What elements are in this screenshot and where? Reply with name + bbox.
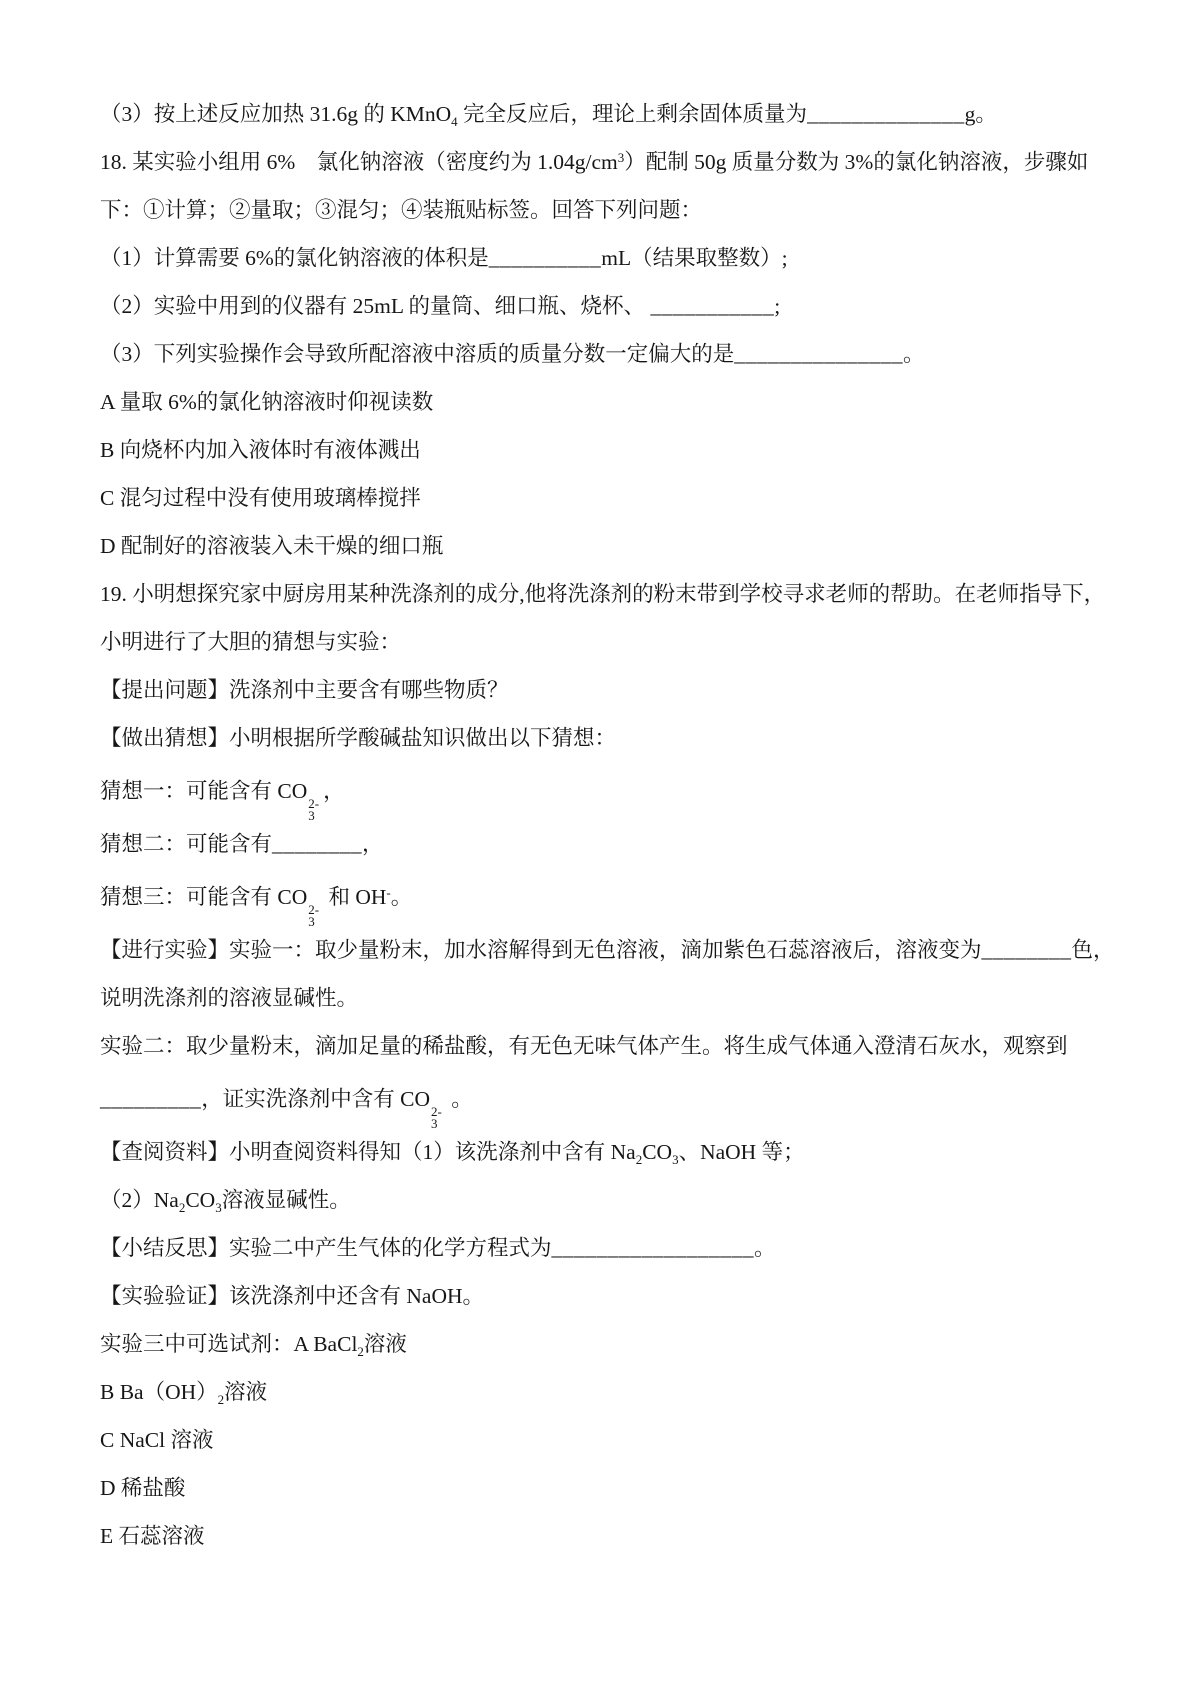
text-run: E 石蕊溶液: [100, 1524, 205, 1548]
ion-formula-stack: 2-3: [431, 1106, 442, 1130]
text-run: ）配制 50g 质量分数为 3%的氯化钠溶液，步骤如: [624, 150, 1088, 174]
text-run: 【提出问题】洗涤剂中主要含有哪些物质？: [100, 678, 509, 702]
text-run: 。: [446, 1087, 473, 1111]
text-run: 实验三中可选试剂：A BaCl: [100, 1332, 357, 1356]
text-line: _________，证实洗涤剂中含有 CO2-3 。: [100, 1070, 1112, 1128]
answer-blank: ___________: [650, 294, 774, 318]
text-line: 下：①计算；②量取；③混匀；④装瓶贴标签。回答下列问题：: [100, 186, 1112, 234]
text-run: D 稀盐酸: [100, 1476, 185, 1500]
text-line: 猜想三：可能含有 CO2-3 和 OH-。: [100, 868, 1112, 926]
text-run: 猜想二：可能含有: [100, 832, 272, 856]
text-line: 【实验验证】该洗涤剂中还含有 NaOH。: [100, 1272, 1112, 1320]
answer-blank: ________: [272, 832, 362, 856]
answer-blank: ______________: [807, 102, 965, 126]
text-line: 【进行实验】实验一：取少量粉末，加水溶解得到无色溶液，滴加紫色石蕊溶液后，溶液变…: [100, 926, 1112, 974]
text-run: 。: [754, 1236, 776, 1260]
text-run: CO: [642, 1140, 672, 1164]
text-run: mL（结果取整数）;: [601, 246, 787, 270]
text-run: 。: [391, 885, 413, 909]
text-run: ，证实洗涤剂中含有 CO: [201, 1087, 430, 1111]
text-run: C NaCl 溶液: [100, 1428, 213, 1452]
text-run: 18. 某实验小组用 6% 氯化钠溶液（密度约为 1.04g/cm: [100, 150, 618, 174]
text-run: 19. 小明想探究家中厨房用某种洗涤剂的成分,他将洗涤剂的粉末带到学校寻求老师的…: [100, 582, 1105, 606]
text-run: 猜想一：可能含有 CO: [100, 779, 307, 803]
text-line: 猜想二：可能含有________，: [100, 820, 1112, 868]
text-run: 下：①计算；②量取；③混匀；④装瓶贴标签。回答下列问题：: [100, 198, 702, 222]
text-line: D 配制好的溶液装入未干燥的细口瓶: [100, 522, 1112, 570]
text-line: 猜想一：可能含有 CO2-3，: [100, 762, 1112, 820]
text-run: C 混匀过程中没有使用玻璃棒搅拌: [100, 486, 421, 510]
text-line: B Ba（OH）2溶液: [100, 1368, 1112, 1416]
text-line: 【查阅资料】小明查阅资料得知（1）该洗涤剂中含有 Na2CO3、NaOH 等；: [100, 1128, 1112, 1176]
text-run: （1）计算需要 6%的氯化钠溶液的体积是: [100, 246, 489, 270]
text-run: 【查阅资料】小明查阅资料得知（1）该洗涤剂中含有 Na: [100, 1140, 636, 1164]
text-run: 溶液: [364, 1332, 407, 1356]
text-line: C NaCl 溶液: [100, 1416, 1112, 1464]
text-run: （3）下列实验操作会导致所配溶液中溶质的质量分数一定偏大的是: [100, 342, 734, 366]
text-line: 说明洗涤剂的溶液显碱性。: [100, 974, 1112, 1022]
text-run: 溶液显碱性。: [222, 1188, 351, 1212]
text-line: 小明进行了大胆的猜想与实验：: [100, 618, 1112, 666]
text-run: （2）实验中用到的仪器有 25mL 的量筒、细口瓶、烧杯、: [100, 294, 650, 318]
text-run: （3）按上述反应加热 31.6g 的 KMnO: [100, 102, 451, 126]
text-run: 小明进行了大胆的猜想与实验：: [100, 630, 401, 654]
text-line: 19. 小明想探究家中厨房用某种洗涤剂的成分,他将洗涤剂的粉末带到学校寻求老师的…: [100, 570, 1112, 618]
text-line: 实验二：取少量粉末，滴加足量的稀盐酸，有无色无味气体产生。将生成气体通入澄清石灰…: [100, 1022, 1112, 1070]
text-run: 说明洗涤剂的溶液显碱性。: [100, 986, 358, 1010]
text-run: 【进行实验】实验一：取少量粉末，加水溶解得到无色溶液，滴加紫色石蕊溶液后，溶液变…: [100, 938, 982, 962]
text-line: （2）Na2CO3溶液显碱性。: [100, 1176, 1112, 1224]
text-run: 猜想三：可能含有 CO: [100, 885, 307, 909]
answer-blank: __________________: [552, 1236, 755, 1260]
text-line: A 量取 6%的氯化钠溶液时仰视读数: [100, 378, 1112, 426]
text-run: CO: [185, 1188, 215, 1212]
text-line: D 稀盐酸: [100, 1464, 1112, 1512]
text-line: （2）实验中用到的仪器有 25mL 的量筒、细口瓶、烧杯、 __________…: [100, 282, 1112, 330]
ion-formula-stack: 2-3: [308, 904, 319, 928]
answer-blank: _______________: [734, 342, 903, 366]
text-line: E 石蕊溶液: [100, 1512, 1112, 1560]
text-line: （1）计算需要 6%的氯化钠溶液的体积是__________mL（结果取整数）;: [100, 234, 1112, 282]
text-line: （3）按上述反应加热 31.6g 的 KMnO4 完全反应后，理论上剩余固体质量…: [100, 90, 1112, 138]
ion-formula-stack: 2-3: [308, 798, 319, 822]
text-run: 【做出猜想】小明根据所学酸碱盐知识做出以下猜想：: [100, 726, 616, 750]
text-line: B 向烧杯内加入液体时有液体溅出: [100, 426, 1112, 474]
text-line: 18. 某实验小组用 6% 氯化钠溶液（密度约为 1.04g/cm3）配制 50…: [100, 138, 1112, 186]
text-run: A 量取 6%的氯化钠溶液时仰视读数: [100, 390, 433, 414]
answer-blank: _________: [100, 1087, 201, 1111]
text-run: B 向烧杯内加入液体时有液体溅出: [100, 438, 421, 462]
text-run: 溶液: [224, 1380, 267, 1404]
text-run: 实验二：取少量粉末，滴加足量的稀盐酸，有无色无味气体产生。将生成气体通入澄清石灰…: [100, 1034, 1068, 1058]
text-run: 。: [903, 342, 925, 366]
text-run: 、NaOH 等；: [679, 1140, 805, 1164]
text-run: 完全反应后，理论上剩余固体质量为: [458, 102, 807, 126]
text-line: （3）下列实验操作会导致所配溶液中溶质的质量分数一定偏大的是__________…: [100, 330, 1112, 378]
document-body: （3）按上述反应加热 31.6g 的 KMnO4 完全反应后，理论上剩余固体质量…: [0, 0, 1200, 1560]
text-run: 【小结反思】实验二中产生气体的化学方程式为: [100, 1236, 552, 1260]
text-line: 【小结反思】实验二中产生气体的化学方程式为__________________。: [100, 1224, 1112, 1272]
text-run: 和 OH: [323, 885, 386, 909]
text-line: 【提出问题】洗涤剂中主要含有哪些物质？: [100, 666, 1112, 714]
text-run: ，: [323, 779, 345, 803]
text-run: （2）Na: [100, 1188, 179, 1212]
text-line: C 混匀过程中没有使用玻璃棒搅拌: [100, 474, 1112, 522]
text-run: g。: [965, 102, 997, 126]
text-run: ，: [362, 832, 384, 856]
answer-blank: __________: [489, 246, 602, 270]
exam-document-page: （3）按上述反应加热 31.6g 的 KMnO4 完全反应后，理论上剩余固体质量…: [0, 0, 1200, 1698]
text-line: 实验三中可选试剂：A BaCl2溶液: [100, 1320, 1112, 1368]
text-run: B Ba（OH）: [100, 1380, 218, 1404]
text-run: 【实验验证】该洗涤剂中还含有 NaOH。: [100, 1284, 484, 1308]
text-line: 【做出猜想】小明根据所学酸碱盐知识做出以下猜想：: [100, 714, 1112, 762]
text-run: ;: [774, 294, 780, 318]
text-run: 色，: [1072, 938, 1115, 962]
text-run: D 配制好的溶液装入未干燥的细口瓶: [100, 534, 443, 558]
answer-blank: ________: [982, 938, 1072, 962]
